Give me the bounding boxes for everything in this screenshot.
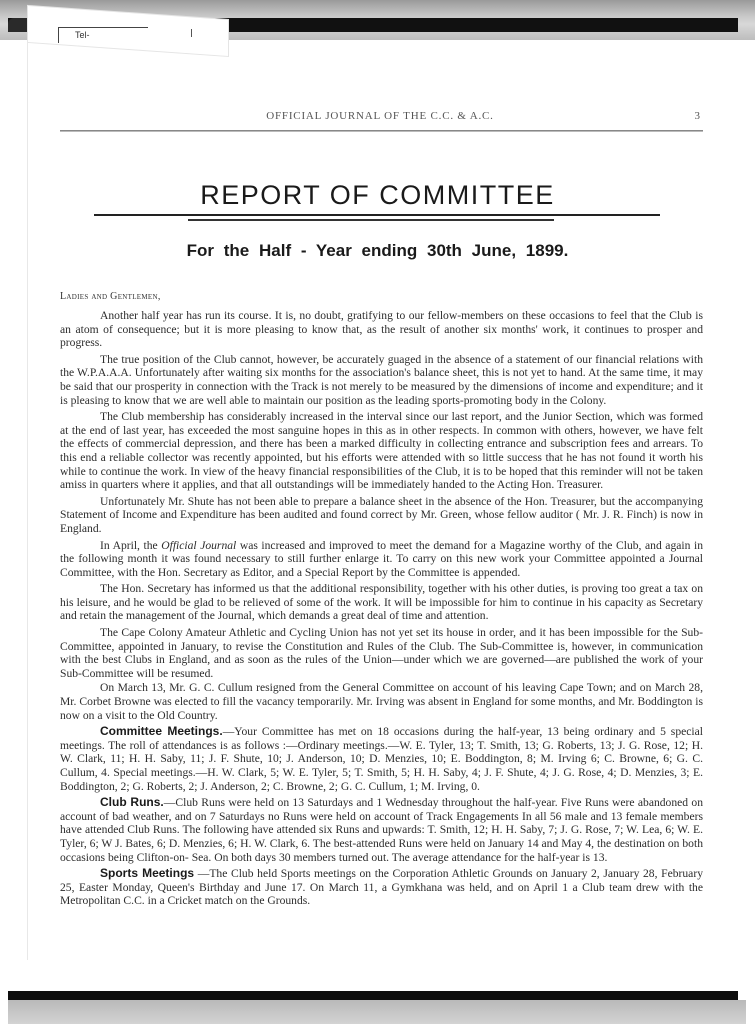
- page-number: 3: [695, 110, 701, 122]
- paragraph: Another half year has run its course. It…: [60, 309, 703, 350]
- paragraph: On March 13, Mr. G. C. Cullum resigned f…: [60, 681, 703, 722]
- report-body: Another half year has run its course. It…: [60, 309, 703, 911]
- scan-bottom-band: [8, 1000, 746, 1024]
- section-heading: Sports Meetings: [100, 866, 194, 880]
- paragraph: In April, the Official Journal was incre…: [60, 539, 703, 580]
- paragraph: The Cape Colony Amateur Athletic and Cyc…: [60, 626, 703, 680]
- folded-tab-tick: [191, 29, 192, 37]
- running-title: OFFICIAL JOURNAL OF THE C.C. & A.C.: [60, 110, 700, 122]
- paragraph: The Hon. Secretary has informed us that …: [60, 582, 703, 623]
- journal-title-italic: Official Journal: [161, 539, 236, 552]
- page-left-edge: [27, 40, 28, 960]
- header-rule: [60, 130, 703, 132]
- page-subtitle: For the Half - Year ending 30th June, 18…: [0, 241, 755, 261]
- section-club-runs: Club Runs.—Club Runs were held on 13 Sat…: [60, 796, 703, 864]
- scan-bottom-edge: [8, 991, 738, 1000]
- section-committee-meetings: Committee Meetings.—Your Committee has m…: [60, 725, 703, 793]
- salutation: Ladies and Gentlemen,: [60, 291, 161, 302]
- paragraph-text: In April, the: [100, 539, 161, 552]
- paragraph: The Club membership has considerably inc…: [60, 410, 703, 492]
- section-heading: Club Runs.: [100, 795, 164, 809]
- paragraph: The true position of the Club cannot, ho…: [60, 353, 703, 407]
- section-sports-meetings: Sports Meetings —The Club held Sports me…: [60, 867, 703, 908]
- section-heading: Committee Meetings.: [100, 724, 223, 738]
- folded-tab-label: Tel-: [58, 27, 148, 43]
- title-rule-upper: [94, 214, 660, 216]
- page-title: REPORT OF COMMITTEE: [0, 179, 755, 211]
- title-rule-lower: [188, 219, 554, 221]
- paragraph: Unfortunately Mr. Shute has not been abl…: [60, 495, 703, 536]
- running-header: OFFICIAL JOURNAL OF THE C.C. & A.C. 3: [60, 110, 700, 126]
